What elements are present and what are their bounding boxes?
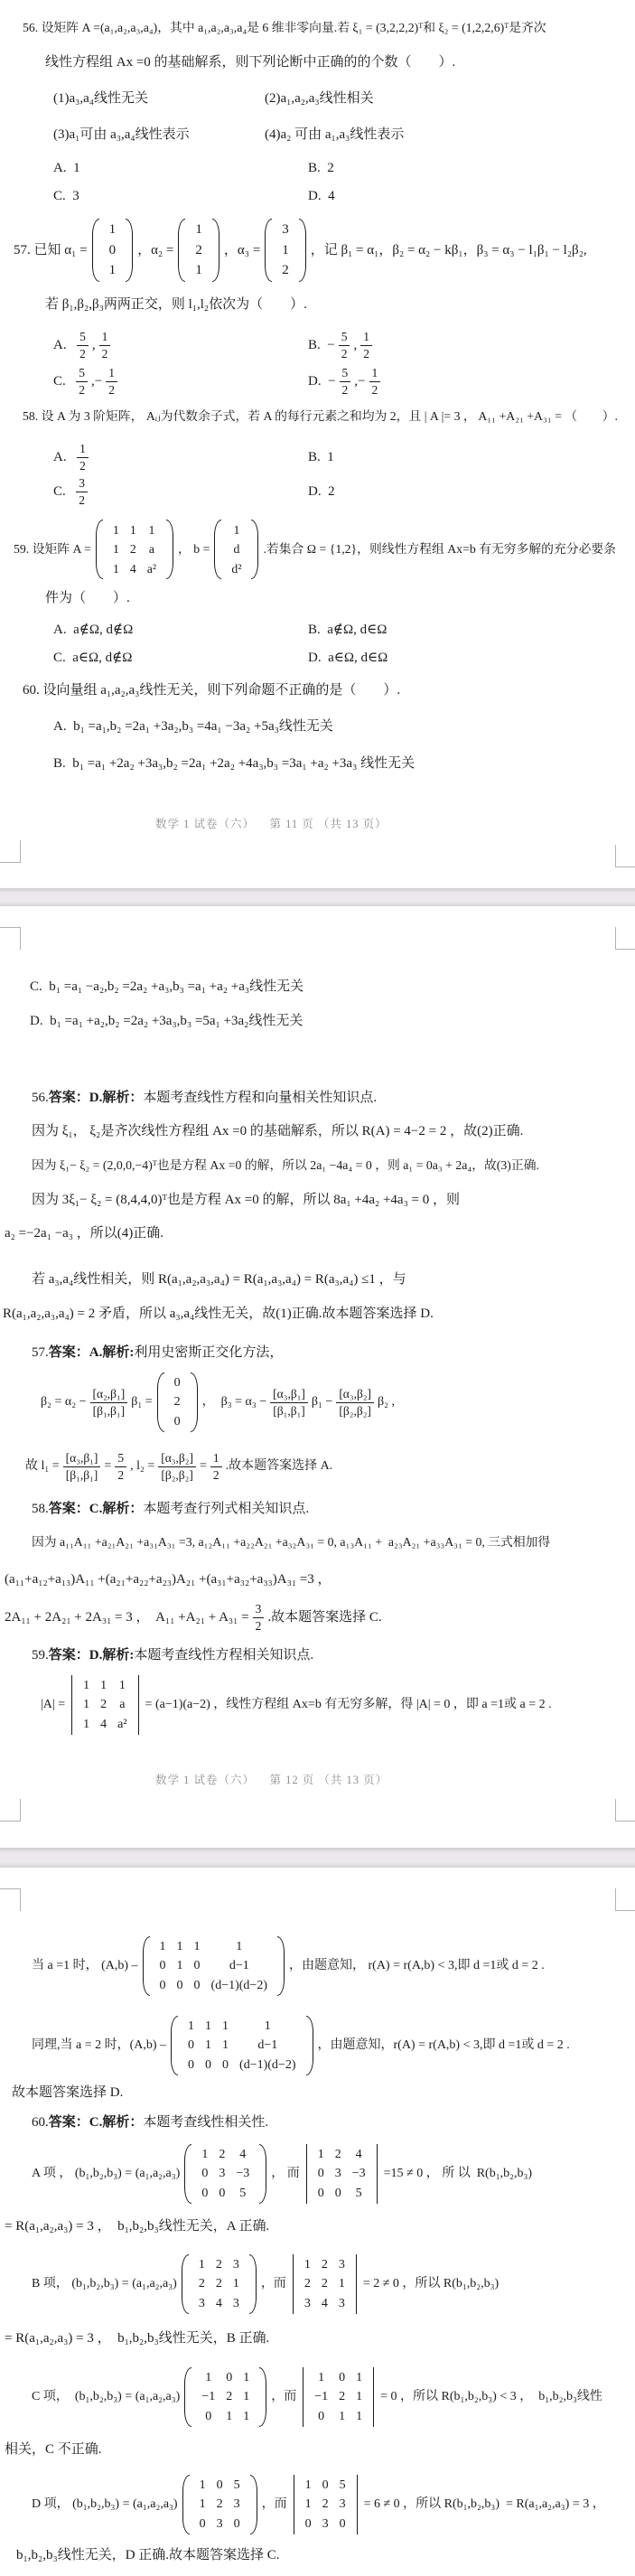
- q57-line-1: 57. 已知 α₁ = 101 ，α₂ = 121 ，α₃ = 312 ，记 β…: [14, 217, 587, 284]
- fraction-denominator: 2: [77, 458, 89, 474]
- q56-option-c-text: C. 3: [53, 188, 79, 205]
- paren-left-icon: [171, 2016, 178, 2076]
- fraction-5-2: 52: [115, 1450, 126, 1483]
- matrix-cell: 1: [238, 2409, 255, 2425]
- answer-58-line-3: (a₁₁+a₁₂+a₁₃)A₁₁ +(a₂₁+a₂₂+a₂₃)A₂₁ +(a₃₁…: [5, 1571, 332, 1588]
- det-bar-left-icon: [294, 2475, 294, 2535]
- matrix-cell: 3: [229, 2496, 246, 2513]
- matrix-cell: 5: [334, 2478, 351, 2494]
- q59-line-1: 59. 设矩阵 A = 11112a14a² ， b = 1dd² .若集合 Ω…: [14, 515, 616, 584]
- matrix-cell: 1: [172, 1939, 189, 1955]
- fraction-1-2: 12: [106, 365, 117, 398]
- fraction-denominator: 2: [253, 1618, 265, 1635]
- q57-option-a-label: A.: [53, 337, 73, 354]
- matrix-cell: 0: [169, 1414, 186, 1430]
- matrix-cell: 1: [78, 1717, 95, 1733]
- paren-right-icon: [166, 520, 173, 579]
- crop-mark-bottom-right-icon: [615, 1799, 635, 1822]
- fraction-denominator: [β₁,β₁]: [270, 1403, 308, 1419]
- answer-57-number: 57.: [32, 1344, 49, 1362]
- q56-option-a-text: A. 1: [53, 160, 80, 177]
- q57-option-c-label: C.: [53, 373, 72, 390]
- q57-text-1: 57. 已知 α₁ =: [14, 242, 88, 259]
- crop-mark-top-left-icon: [0, 927, 21, 950]
- page-12: C. b₁ =a₁ −a₂,b₂ =2a₂ +a₃,b₃ =a₁ +a₂ +a₃…: [0, 906, 635, 1848]
- fraction-1-2: 12: [369, 365, 381, 398]
- paren-left-icon: [184, 2144, 191, 2205]
- matrix-cell: 2: [316, 2257, 333, 2273]
- answer-60-item-d-det-values: 105123030: [296, 2475, 355, 2535]
- separator: ,−: [91, 373, 102, 390]
- matrix-cell: 2: [210, 2276, 228, 2292]
- matrix-cell: 1: [259, 2019, 276, 2035]
- q56-text-1: 56. 设矩阵 A =(a₁,a₂,a₃,a₄)，其中 a₁,a₂,a₃,a₄是…: [23, 20, 546, 35]
- q59-vector-b: 1dd²: [214, 520, 258, 579]
- q57-vector-alpha1: 101: [92, 219, 134, 282]
- matrix-cell: 0: [200, 2409, 217, 2425]
- fraction-denominator: 2: [76, 382, 88, 398]
- matrix-cell: 1: [228, 2276, 245, 2292]
- fraction-3-2: 32: [253, 1601, 265, 1634]
- q58-line-1: 58. 设 A 为 3 阶矩阵， Aᵢⱼ为代数余子式，若 A 的每行元素之和均为…: [23, 408, 618, 424]
- answer-57-equation-2: 故 l₁ = [α₃,β₁][β₁,β₁] = 52 , l₂ = [α₃,β₂…: [25, 1441, 332, 1492]
- q57-text-3: ，α₃ =: [224, 242, 260, 259]
- matrix-cell: 2: [211, 2496, 229, 2513]
- matrix-cell: 0: [229, 2516, 246, 2533]
- matrix-cell: 1: [350, 2409, 368, 2425]
- paren-left-icon: [96, 520, 103, 579]
- q56-item-2: (2)a₁,a₂,a₃线性相关: [265, 90, 374, 108]
- q60-option-a-text: A. b₁ =a₁,b₂ =2a₁ +3a₂,b₃ =4a₁ −3a₂ +5a₃…: [53, 718, 333, 735]
- det-bar-left-icon: [71, 1675, 72, 1736]
- page-separator-1: [0, 888, 635, 906]
- q59-matrix-A: 11112a14a²: [96, 520, 173, 579]
- q59-option-d: D. a∈Ω, d∈Ω: [308, 650, 388, 667]
- answer-59-case-a1-text: 当 a =1 时， (A,b) –: [32, 1958, 138, 1974]
- det-bar-right-icon: [373, 2367, 374, 2428]
- matrix-cell: 1: [107, 541, 125, 557]
- fraction-numerator: 5: [77, 329, 89, 346]
- answer-57-conclusion: .故本题答案选择 A.: [226, 1458, 333, 1475]
- fraction-alpha3-beta2: [α₃,β₂][β₂,β₂]: [158, 1450, 196, 1483]
- q56-line-2: 线性方程组 Ax =0 的基础解系，则下列论断中正确的的个数（ ）.: [45, 54, 455, 71]
- matrix-cell: 1: [200, 2019, 217, 2035]
- paren-left-icon: [92, 219, 99, 282]
- answer-56-line-6: 若 a₃,a₄线性相关，则 R(a₁,a₂,a₃,a₄) = R(a₁,a₃,a…: [32, 1271, 406, 1288]
- answer-59-determinant-values: 11112a14a²: [74, 1675, 135, 1736]
- fraction-alpha3-beta1: [α₃,β₁][β₁,β₁]: [270, 1386, 308, 1419]
- answer-60-item-b: B 项， (b₁,b₂,b₃) = (a₁,a₂,a₃) 123221343 ，…: [32, 2251, 499, 2318]
- matrix-cell: 2: [330, 2147, 347, 2163]
- q60-option-a: A. b₁ =a₁,b₂ =2a₁ +3a₂,b₃ =4a₁ −3a₂ +5a₃…: [53, 718, 333, 735]
- q57-option-a: A. 52,12: [53, 328, 114, 362]
- matrix-cell: 4: [125, 561, 142, 576]
- q59-matrix-A-values: 11112a14a²: [104, 520, 165, 579]
- matrix-cell: 3: [333, 2296, 350, 2312]
- page-11-footer: 数学 1 试卷（六） 第 11 页 （共 13 页）: [155, 815, 388, 831]
- answer-60-item-b-values: 123221343: [190, 2254, 248, 2315]
- answer-60-item-d-text: D 项， (b₁,b₂,b₃) = (a₁,a₂,a₃): [32, 2496, 178, 2513]
- matrix-cell: 0: [189, 1958, 206, 1974]
- fraction-denominator: 2: [106, 382, 117, 398]
- answer-58-line-3-text: (a₁₁+a₁₂+a₁₃)A₁₁ +(a₂₁+a₂₂+a₂₃)A₂₁ +(a₃₁…: [5, 1571, 332, 1588]
- matrix-cell: a: [114, 1697, 130, 1713]
- matrix-cell: 1: [143, 522, 160, 538]
- matrix-cell: 1: [313, 2370, 330, 2386]
- answer-58-line-4-text-a: 2A₁₁ + 2A₂₁ + 2A₃₁ = 3 ， A₁₁ +A₂₁ + A₃₁ …: [5, 1609, 249, 1626]
- matrix-cell: 1: [313, 2147, 330, 2163]
- answer-56-line-4-text: 因为 3ξ₁− ξ₂ = (8,4,4,0)ᵀ也是方程 Ax =0 的解，所以 …: [32, 1192, 460, 1209]
- matrix-cell: 0: [194, 2516, 211, 2533]
- answer-60-item-a-det-values: 12403−3005: [309, 2144, 375, 2205]
- det-bar-left-icon: [293, 2254, 294, 2315]
- answer-59-topic: 本题考查线性方程相关知识点.: [134, 1647, 313, 1664]
- q56-option-b: B. 2: [308, 160, 334, 177]
- answer-58-topic: 本题考查行列式相关知识点.: [143, 1501, 309, 1518]
- answer-57-topic: 利用史密斯正交化方法，: [134, 1344, 283, 1362]
- answer-60-item-d-mid: ，而: [262, 2496, 287, 2513]
- matrix-cell: 2: [95, 1697, 112, 1713]
- q60-option-c-text: C. b₁ =a₁ −a₂,b₂ =2a₂ +a₃,b₃ =a₁ +a₂ +a₃…: [30, 979, 303, 996]
- answer-59-number: 59.: [32, 1647, 49, 1664]
- answer-56-topic: 本题考查线性方程和向量相关性知识点.: [143, 1090, 377, 1107]
- answer-60-label: 答案：C.解析：: [49, 2114, 144, 2131]
- answer-58-label: 答案：C.解析：: [49, 1501, 144, 1518]
- answer-60-item-d-suffix: = 6 ≠ 0 ，所以 R(b₁,b₂,b₃) = R(a₁,a₂,a₃) = …: [364, 2496, 605, 2513]
- q60-option-b-text: B. b₁ =a₁ +2a₂ +3a₃,b₂ =2a₁ +2a₂ +4a₃,b₃…: [53, 755, 415, 773]
- matrix-cell: 4: [234, 2147, 251, 2163]
- q60-option-d-text: D. b₁ =a₁ +a₂,b₂ =2a₂ +3a₃,b₃ =5a₁ +3a₂线…: [30, 1013, 303, 1030]
- q59-line-2: 件为（ ）.: [45, 590, 130, 607]
- page-11: 56. 设矩阵 A =(a₁,a₂,a₃,a₄)，其中 a₁,a₂,a₃,a₄是…: [0, 0, 635, 888]
- q57-line-2: 若 β₁,β₂,β₃两两正交，则 l₁,l₂依次为（ ）.: [45, 296, 307, 314]
- fraction-denominator: 2: [77, 346, 89, 362]
- matrix-cell: 1: [189, 1939, 206, 1955]
- paren-right-icon: [259, 2367, 266, 2428]
- answer-60-item-b-line-2: = R(a₁,a₂,a₃) = 3 ， b₁,b₂,b₃线性无关，B 正确.: [5, 2330, 269, 2347]
- fraction-numerator: 1: [360, 329, 372, 346]
- q56-item-3: (3)a₁可由 a₃,a₄线性表示: [53, 126, 190, 144]
- answer-58-line-2-text: 因为 a₁₁A₁₁ +a₂₁A₂₁ +a₃₁A₃₁ =3, a₁₂A₁₁ +a₂…: [32, 1534, 550, 1550]
- matrix-cell: d−1: [224, 1958, 255, 1974]
- answer-60-title: 60.答案：C.解析：本题考查线性相关性.: [32, 2114, 268, 2131]
- answer-60-item-a-text: A 项 ， (b₁,b₂,b₃) = (a₁,a₂,a₃): [32, 2166, 180, 2182]
- answer-56-line-7: R(a₁,a₂,a₃,a₄) = 2 矛盾，所以 a₃,a₄线性无关，故(1)正…: [3, 1306, 434, 1323]
- page-12-footer-text: 数学 1 试卷（六） 第 12 页 （共 13 页）: [155, 1774, 388, 1786]
- matrix-cell: 1: [194, 2478, 211, 2494]
- fraction-alpha3-beta2: [α₃,β₂][β₂,β₂]: [336, 1386, 374, 1419]
- matrix-cell: 0: [196, 2166, 213, 2182]
- matrix-cell: 0: [217, 2057, 234, 2074]
- paren-left-icon: [182, 2475, 190, 2535]
- matrix-cell: 1: [200, 2037, 217, 2054]
- answer-60-item-c: C 项， (b₁,b₂,b₃) = (a₁,a₂,a₃) 101−121011 …: [32, 2364, 602, 2431]
- q56-item-3-text: (3)a₁可由 a₃,a₄线性表示: [53, 126, 190, 144]
- matrix-cell: 1: [78, 1678, 95, 1694]
- matrix-cell: 3: [334, 2496, 351, 2513]
- matrix-cell: 0: [333, 2370, 350, 2386]
- matrix-cell: 0: [172, 1978, 189, 1994]
- answer-60-item-b-det-values: 123221343: [295, 2254, 354, 2315]
- matrix-cell: 1: [200, 2370, 217, 2386]
- q56-option-d: D. 4: [308, 188, 335, 205]
- q56-option-a: A. 1: [53, 160, 80, 177]
- matrix-cell: 1: [190, 221, 208, 239]
- answer-59-case-a1-matrix: 1111010d−1000(d−1)(d−2): [143, 1936, 285, 1997]
- matrix-cell: 3: [317, 2516, 334, 2533]
- matrix-cell: 2: [316, 2276, 333, 2292]
- matrix-cell: 2: [317, 2496, 334, 2513]
- matrix-cell: 0: [313, 2166, 330, 2182]
- fraction-numerator: [α₃,β₁]: [63, 1450, 101, 1467]
- fraction-numerator: [α₃,β₂]: [336, 1386, 374, 1403]
- answer-58-line-2: 因为 a₁₁A₁₁ +a₂₁A₂₁ +a₃₁A₃₁ =3, a₁₂A₁₁ +a₂…: [32, 1534, 550, 1550]
- q59-option-b-text: B. a∉Ω, d∈Ω: [308, 622, 387, 639]
- answer-60-item-b-suffix: = 2 ≠ 0 ，所以 R(b₁,b₂,b₃): [363, 2276, 499, 2292]
- matrix-cell: 1: [228, 522, 245, 538]
- matrix-cell: d−1: [252, 2037, 283, 2054]
- fraction-numerator: 5: [76, 365, 88, 382]
- fraction-1-2: 12: [210, 1450, 222, 1483]
- q58-option-a-label: A.: [53, 449, 73, 466]
- matrix-cell: 1: [125, 522, 142, 538]
- q56-option-d-text: D. 4: [308, 188, 335, 205]
- q56-item-4-text: (4)a₂ 可由 a₁,a₃线性表示: [265, 126, 404, 144]
- matrix-cell: 2: [210, 2257, 228, 2273]
- paren-left-icon: [157, 1372, 164, 1433]
- answer-56-line-5: a₂ =−2a₁ −a₃ ，所以(4)正确.: [5, 1225, 163, 1242]
- matrix-cell: 4: [210, 2296, 228, 2312]
- matrix-cell: 1: [190, 262, 208, 279]
- matrix-cell: 1: [107, 522, 125, 538]
- matrix-cell: 2: [190, 242, 208, 259]
- q59-option-a-text: A. a∉Ω, d∉Ω: [53, 622, 133, 639]
- matrix-cell: 1: [333, 2276, 350, 2292]
- paren-right-icon: [251, 520, 258, 579]
- q56-option-b-text: B. 2: [308, 160, 334, 177]
- fraction-numerator: 3: [253, 1601, 265, 1618]
- answer-60-item-a-suffix: =15 ≠ 0 ， 所 以 R(b₁,b₂,b₃): [384, 2166, 532, 2182]
- page-12-footer: 数学 1 试卷（六） 第 12 页 （共 13 页）: [155, 1771, 388, 1787]
- answer-60-item-b-mid: ，而: [261, 2276, 286, 2292]
- answer-59-det-suffix: = (a−1)(a−2) ，线性方程组 Ax=b 有无穷多解，得 |A| = 0…: [145, 1697, 552, 1713]
- answer-57-vector-beta2-values: 020: [165, 1372, 190, 1433]
- matrix-cell: 1: [104, 221, 122, 239]
- paren-right-icon: [191, 1372, 198, 1433]
- matrix-cell: 1: [182, 2019, 200, 2035]
- q57-line-2-text: 若 β₁,β₂,β₃两两正交，则 l₁,l₂依次为（ ）.: [45, 296, 307, 314]
- answer-60-item-a-determinant: 12403−3005: [304, 2144, 379, 2205]
- matrix-cell: −1: [309, 2389, 333, 2405]
- document-viewport: { "doc": { "footer_page11": "数学 1 试卷（六） …: [0, 0, 635, 2576]
- answer-60-item-c-suffix: = 0 ，所以 R(b₁,b₂,b₃) < 3 ， b₁,b₂,b₃线性: [380, 2389, 602, 2405]
- matrix-cell: d: [228, 541, 245, 557]
- answer-60-item-b-matrix: 123221343: [182, 2254, 257, 2315]
- det-bar-right-icon: [377, 2144, 378, 2205]
- fraction-denominator: 2: [76, 492, 88, 509]
- q60-option-b: B. b₁ =a₁ +2a₂ +3a₃,b₂ =2a₁ +2a₂ +4a₃,b₃…: [53, 755, 415, 773]
- q59-line-2-text: 件为（ ）.: [45, 590, 130, 607]
- answer-60-item-c-determinant: 101−121011: [301, 2367, 376, 2428]
- fraction-alpha3-beta1: [α₃,β₁][β₁,β₁]: [63, 1450, 101, 1483]
- matrix-cell: 2: [193, 2276, 210, 2292]
- crop-mark-top-left-icon: [0, 1888, 21, 1911]
- matrix-cell: −1: [196, 2389, 220, 2405]
- answer-57-eq-text-2: β₁ =: [131, 1394, 152, 1410]
- separator: ,−: [354, 373, 365, 390]
- matrix-cell: 3: [193, 2296, 210, 2312]
- matrix-cell: 1: [238, 2389, 255, 2405]
- fraction-numerator: 1: [77, 441, 89, 458]
- q58-option-b: B. 1: [308, 440, 334, 474]
- matrix-cell: 0: [220, 2370, 238, 2386]
- answer-60-item-b-determinant: 123221343: [291, 2254, 359, 2315]
- paren-right-icon: [126, 219, 133, 282]
- fraction-numerator: 1: [106, 365, 117, 382]
- q57-vector-alpha2-values: 121: [186, 219, 211, 282]
- paren-left-icon: [178, 219, 185, 282]
- answer-59-determinant-line: |A| = 11112a14a² = (a−1)(a−2) ，线性方程组 Ax=…: [41, 1671, 552, 1739]
- det-bar-left-icon: [306, 2144, 307, 2205]
- paren-left-icon: [182, 2254, 189, 2315]
- matrix-cell: 1: [194, 2496, 211, 2513]
- q60-option-d: D. b₁ =a₁ +a₂,b₂ =2a₂ +3a₃,b₃ =5a₁ +3a₂线…: [30, 1013, 303, 1030]
- answer-57-eq-text-3: ， β₃ = α₃ −: [202, 1394, 267, 1410]
- matrix-cell: 1: [78, 1697, 95, 1713]
- answer-59-title: 59.答案：D.解析:本题考查线性方程相关知识点.: [32, 1647, 313, 1664]
- answer-59-case-a1-suffix: ，由题意知， r(A) = r(A,b) < 3,即 d =1或 d = 2 .: [289, 1958, 545, 1974]
- answer-59-case-a2: 同理,当 a = 2 时，(A,b) – 1111011d−1000(d−1)(…: [32, 2010, 570, 2081]
- matrix-cell: 0: [300, 2516, 317, 2533]
- fraction-1-2: 12: [77, 441, 89, 473]
- answer-56-line-3: 因为 ξ₁− ξ₂ = (2,0,0,−4)ᵀ也是方程 Ax =0 的解，所以 …: [32, 1157, 539, 1173]
- matrix-cell: 1: [172, 1958, 189, 1974]
- matrix-cell: 1: [104, 262, 122, 279]
- matrix-cell: 5: [350, 2186, 368, 2202]
- separator: ,: [353, 337, 357, 354]
- fraction-denominator: [β₂,β₂]: [158, 1467, 196, 1484]
- answer-60-item-c-mid: ，而: [271, 2389, 296, 2405]
- fraction-numerator: [α₃,β₁]: [270, 1386, 308, 1403]
- matrix-cell: 1: [350, 2389, 368, 2405]
- fraction-numerator: 5: [340, 365, 351, 382]
- q56-text-2: 线性方程组 Ax =0 的基础解系，则下列论断中正确的的个数（ ）.: [45, 54, 455, 71]
- page-11-footer-text: 数学 1 试卷（六） 第 11 页 （共 13 页）: [155, 818, 388, 830]
- answer-56-line-6-text: 若 a₃,a₄线性相关，则 R(a₁,a₂,a₃,a₄) = R(a₁,a₃,a…: [32, 1271, 406, 1288]
- q59-text-3: .若集合 Ω = {1,2}，则线性方程组 Ax=b 有无穷多解的充分必要条: [263, 541, 616, 557]
- answer-56-line-4: 因为 3ξ₁− ξ₂ = (8,4,4,0)ᵀ也是方程 Ax =0 的解，所以 …: [32, 1192, 460, 1209]
- answer-60-number: 60.: [32, 2114, 49, 2131]
- answer-60-item-d-matrix: 105123030: [182, 2475, 257, 2535]
- fraction-1-2: 12: [360, 329, 372, 361]
- q60-line-1-text: 60. 设向量组 a₁,a₂,a₃线性无关，则下列命题不正确的是（ ）.: [23, 682, 400, 699]
- matrix-cell: 3: [299, 2296, 316, 2312]
- matrix-cell: 1: [299, 2257, 316, 2273]
- q58-option-c-label: C.: [53, 483, 72, 501]
- fraction-denominator: 2: [115, 1467, 126, 1484]
- q56-option-c: C. 3: [53, 188, 79, 205]
- matrix-cell: 1: [217, 2037, 234, 2054]
- answer-59-case-a1-values: 1111010d−1000(d−1)(d−2): [151, 1936, 276, 1997]
- matrix-cell: 1: [107, 561, 125, 576]
- answer-59-determinant: 11112a14a²: [70, 1675, 140, 1736]
- matrix-cell: 1: [217, 2019, 234, 2035]
- det-bar-right-icon: [357, 2475, 358, 2535]
- matrix-cell: 1: [300, 2496, 317, 2513]
- equals-sign: =: [200, 1458, 207, 1475]
- paren-right-icon: [299, 219, 306, 282]
- answer-58-title: 58.答案：C.解析：本题考查行列式相关知识点.: [32, 1501, 309, 1518]
- fraction-numerator: 3: [76, 475, 88, 492]
- matrix-cell: 2: [125, 541, 142, 557]
- matrix-cell: 1: [95, 1678, 112, 1694]
- matrix-cell: (d−1)(d−2): [206, 1978, 273, 1994]
- matrix-cell: a²: [142, 561, 162, 576]
- matrix-cell: 2: [169, 1394, 186, 1410]
- paren-left-icon: [214, 520, 221, 579]
- matrix-cell: 0: [317, 2478, 334, 2494]
- answer-60-item-c-matrix: 101−121011: [184, 2367, 266, 2428]
- fraction-denominator: [β₁,β₁]: [90, 1403, 128, 1419]
- fraction-denominator: 2: [210, 1467, 222, 1484]
- answer-60-item-c-text: C 项， (b₁,b₂,b₃) = (a₁,a₂,a₃): [32, 2389, 180, 2405]
- matrix-cell: −3: [230, 2166, 255, 2182]
- paren-left-icon: [265, 219, 272, 282]
- q58-option-d-text: D. 2: [308, 483, 335, 501]
- answer-59-det-prefix: |A| =: [41, 1697, 65, 1713]
- paren-right-icon: [250, 2475, 257, 2535]
- fraction-numerator: [α₃,β₂]: [158, 1450, 196, 1467]
- q57-vector-alpha2: 121: [178, 219, 219, 282]
- matrix-cell: 0: [182, 2037, 200, 2054]
- answer-60-item-a-matrix: 12403−3005: [184, 2144, 266, 2205]
- answer-60-item-a-values: 12403−3005: [192, 2144, 258, 2205]
- det-bar-right-icon: [356, 2254, 357, 2315]
- fraction-numerator: [α₂,β₁]: [90, 1386, 128, 1403]
- q59-option-d-text: D. a∈Ω, d∈Ω: [308, 650, 388, 667]
- matrix-cell: 2: [333, 2389, 350, 2405]
- answer-57-eq-text-4: β₁ −: [312, 1394, 332, 1410]
- q59-text-1: 59. 设矩阵 A =: [14, 541, 91, 557]
- answer-59-case-a2-matrix: 1111011d−1000(d−1)(d−2): [171, 2016, 313, 2076]
- matrix-cell: 2: [276, 262, 294, 279]
- q57-vector-alpha3-values: 312: [273, 219, 298, 282]
- paren-left-icon: [143, 1936, 150, 1997]
- matrix-cell: 0: [330, 2186, 347, 2202]
- q58-option-a: A. 12: [53, 440, 92, 474]
- fraction-numerator: 1: [369, 365, 381, 382]
- matrix-cell: 0: [154, 1978, 172, 1994]
- fraction-numerator: 1: [210, 1450, 222, 1467]
- answer-56-line-2-text: 因为 ξ₁， ξ₂是齐次线性方程组 Ax =0 的基础解系，所以 R(A) = …: [32, 1123, 523, 1140]
- matrix-cell: 0: [154, 1958, 172, 1974]
- q57-option-d-label: D. −: [308, 373, 336, 390]
- matrix-cell: 1: [333, 2409, 350, 2425]
- matrix-cell: 1: [350, 2370, 368, 2386]
- q57-text-4: ，记 β₁ = α₁，β₂ = α₂ − kβ₁，β₃ = α₃ − l₁β₁ …: [311, 242, 587, 259]
- q56-item-1-text: (1)a₃,a₄线性无关: [53, 90, 148, 108]
- q57-vector-alpha3: 312: [265, 219, 306, 282]
- matrix-cell: 2: [213, 2147, 230, 2163]
- q58-line-1-text: 58. 设 A 为 3 阶矩阵， Aᵢⱼ为代数余子式，若 A 的每行元素之和均为…: [23, 408, 618, 424]
- q56-item-1: (1)a₃,a₄线性无关: [53, 90, 148, 108]
- fraction-denominator: 2: [340, 382, 351, 398]
- answer-60-item-d-line-2: b₁,b₂,b₃线性无关，D 正确.故本题答案选择 C.: [16, 2547, 280, 2564]
- answer-56-number: 56.: [32, 1090, 49, 1107]
- matrix-cell: 4: [95, 1717, 112, 1733]
- answer-60-item-b-text: B 项， (b₁,b₂,b₃) = (a₁,a₂,a₃): [32, 2276, 177, 2292]
- answer-60-item-d-line-2-text: b₁,b₂,b₃线性无关，D 正确.故本题答案选择 C.: [16, 2547, 280, 2564]
